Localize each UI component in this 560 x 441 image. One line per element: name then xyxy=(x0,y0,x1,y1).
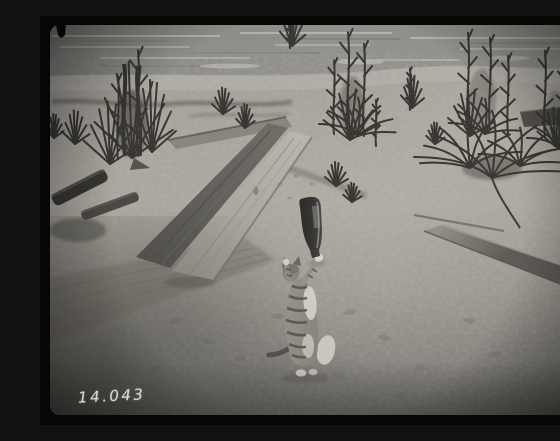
photo-scene xyxy=(40,16,560,425)
photograph: 14.043 xyxy=(40,16,560,425)
vignette xyxy=(50,25,560,415)
